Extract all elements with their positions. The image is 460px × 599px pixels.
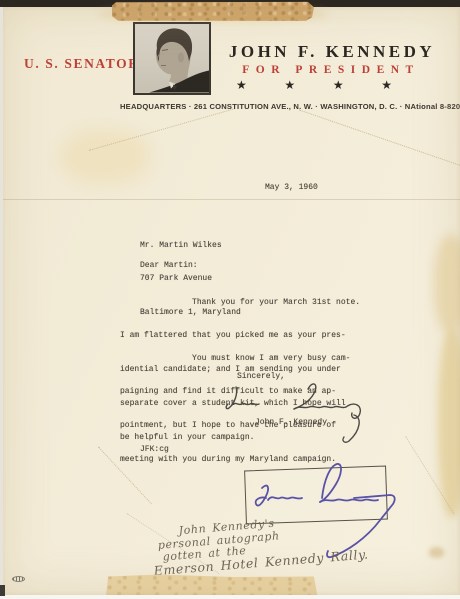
paper-stain bbox=[98, 7, 328, 21]
tape-residue-stain bbox=[438, 329, 460, 517]
fold-crease bbox=[2, 199, 460, 200]
paper-stain bbox=[60, 129, 150, 184]
headquarters-address: HEADQUARTERS · 261 CONSTITUTION AVE., N.… bbox=[120, 102, 460, 111]
jfk-portrait-illustration bbox=[135, 24, 209, 93]
fold-crease bbox=[89, 108, 235, 151]
body-line: Thank you for your March 31st note. bbox=[120, 297, 360, 308]
jfk-portrait-photo bbox=[133, 22, 211, 95]
scan-corner-notch bbox=[0, 585, 5, 596]
typed-signature-name: John F. Kennedy bbox=[255, 417, 327, 428]
tape-residue-stain bbox=[434, 235, 460, 333]
star-icon: ★ bbox=[381, 78, 392, 92]
candidate-name: JOHN F. KENNEDY bbox=[214, 42, 450, 62]
fold-crease bbox=[299, 109, 460, 169]
star-icon: ★ bbox=[284, 78, 295, 92]
recipient-name: Mr. Martin Wilkes bbox=[140, 240, 241, 251]
scanned-letter-page: U. S. SENATOR... JOHN F. KE bbox=[0, 0, 460, 599]
star-icon: ★ bbox=[236, 78, 247, 92]
scan-top-edge bbox=[0, 0, 460, 7]
body-line: You must know I am very busy cam- bbox=[120, 353, 350, 364]
jfk-ink-signature bbox=[222, 380, 374, 446]
campaign-slogan: FOR PRESIDENT bbox=[216, 64, 446, 76]
paper-stain bbox=[429, 547, 444, 558]
salutation: Dear Martin: bbox=[140, 260, 198, 271]
scan-left-edge bbox=[0, 7, 3, 595]
star-row: ★ ★ ★ ★ bbox=[236, 78, 392, 92]
scan-bottom-edge bbox=[0, 595, 460, 599]
star-icon: ★ bbox=[333, 78, 344, 92]
letter-date: May 3, 1960 bbox=[265, 182, 318, 193]
printers-union-bug bbox=[12, 576, 25, 582]
letter-paper: U. S. SENATOR... JOHN F. KE bbox=[2, 7, 460, 595]
reference-initials: JFK:cg bbox=[140, 444, 169, 455]
